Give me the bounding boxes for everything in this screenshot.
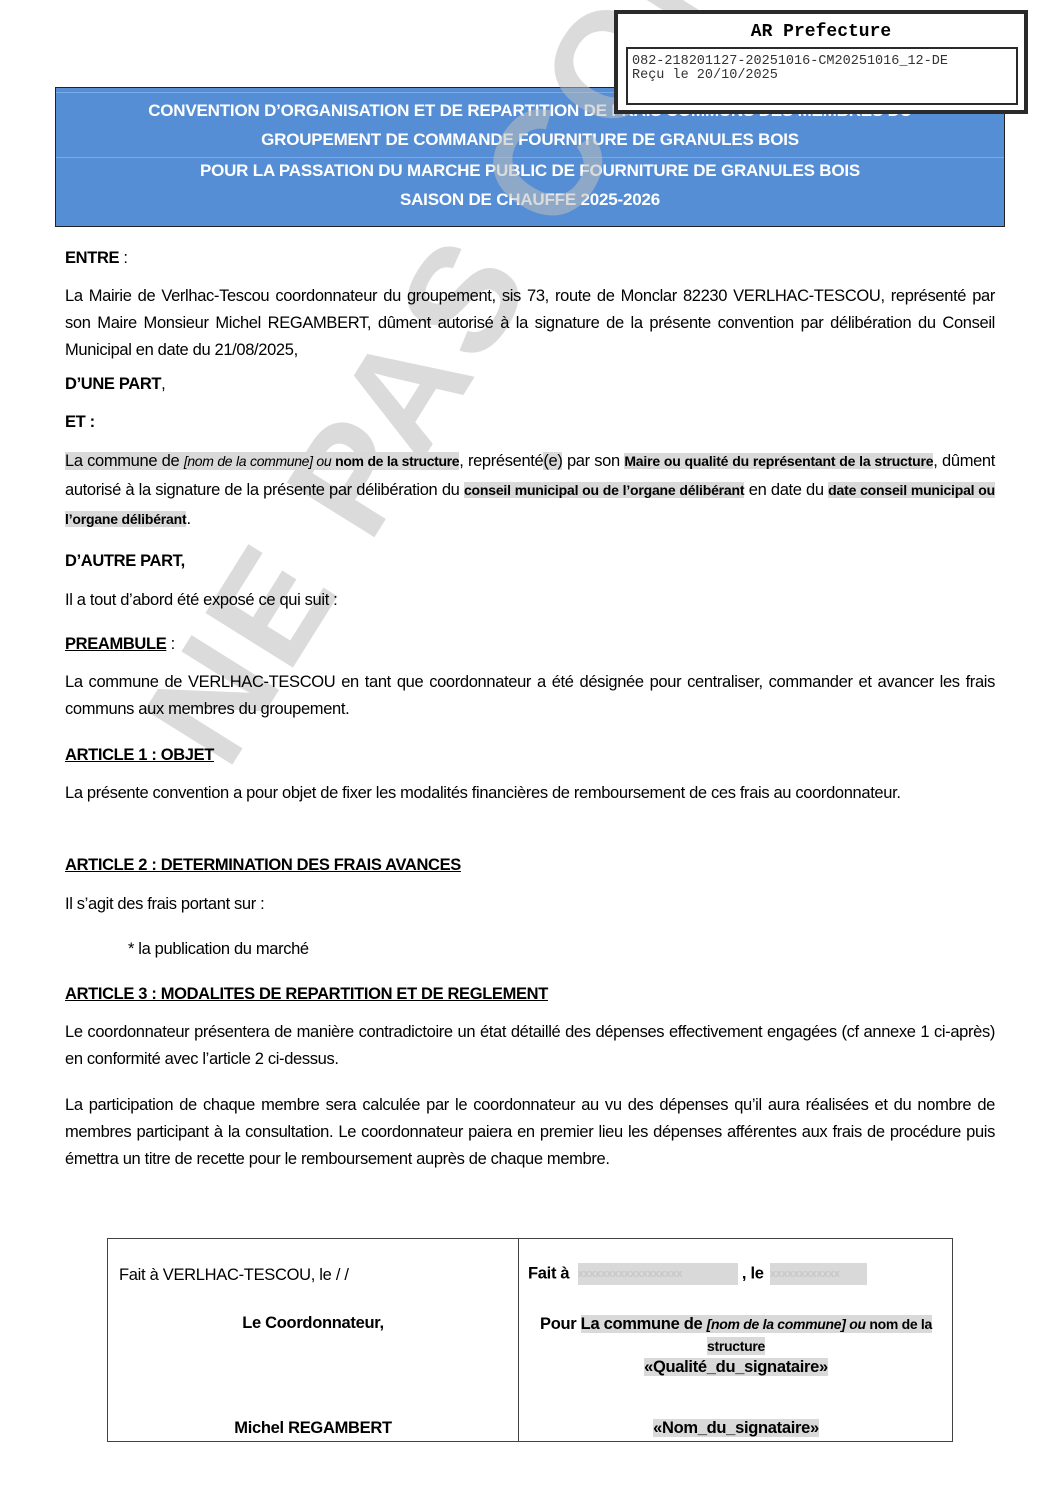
preambule-text: La commune de VERLHAC-TESCOU en tant que…	[65, 669, 995, 723]
signature-table: Fait à VERLHAC-TESCOU, le / / Le Coordon…	[107, 1238, 953, 1442]
coordinator-place-date: Fait à VERLHAC-TESCOU, le / /	[119, 1266, 349, 1285]
et-heading: ET :	[65, 409, 995, 436]
coordinator-name: Michel REGAMBERT	[108, 1419, 518, 1438]
title-line-4: SAISON DE CHAUFFE 2025-2026	[56, 190, 1004, 210]
dautre-part-heading: D’AUTRE PART,	[65, 548, 995, 575]
article-3-title: ARTICLE 3 : MODALITES DE REPARTITION ET …	[65, 981, 995, 1008]
dune-part-heading: D’UNE PART,	[65, 371, 995, 398]
article-1-text: La présente convention a pour objet de f…	[65, 780, 995, 807]
member-place-date: Fait à xxxxxxxxxxxxxxxxxx , le xxxxxxxxx…	[528, 1263, 867, 1285]
member-date-field[interactable]: xxxxxxxxxxxx	[770, 1263, 867, 1285]
title-line-3: POUR LA PASSATION DU MARCHE PUBLIC DE FO…	[56, 161, 1004, 181]
signatory-name-field[interactable]: «Nom_du_signataire»	[653, 1419, 819, 1437]
entre-label: ENTRE	[65, 249, 119, 267]
member-entity: Pour La commune de [nom de la commune] o…	[519, 1313, 953, 1357]
coordinator-role: Le Coordonnateur,	[108, 1314, 518, 1333]
member-name-row: «Nom_du_signataire»	[519, 1419, 953, 1438]
article-3-text-1: Le coordonnateur présentera de manière c…	[65, 1019, 995, 1073]
member-commune-field[interactable]: La commune de [nom de la commune] ou nom…	[581, 1315, 932, 1355]
member-quality-row: «Qualité_du_signataire»	[519, 1358, 953, 1377]
entre-heading: ENTRE :	[65, 245, 995, 272]
stamp-title: AR Prefecture	[618, 22, 1024, 42]
article-1-title: ARTICLE 1 : OBJET	[65, 742, 995, 769]
preambule-heading: PREAMBULE :	[65, 631, 995, 658]
stamp-received-date: Reçu le 20/10/2025	[632, 69, 1012, 83]
prefecture-stamp: AR Prefecture 082-218201127-20251016-CM2…	[614, 10, 1028, 114]
expose-text: Il a tout d’abord été exposé ce qui suit…	[65, 587, 995, 614]
field-representative-quality[interactable]: Maire ou qualité du représentant de la s…	[624, 453, 933, 469]
article-2-title: ARTICLE 2 : DETERMINATION DES FRAIS AVAN…	[65, 852, 995, 879]
stamp-details: 082-218201127-20251016-CM20251016_12-DE …	[626, 47, 1018, 105]
title-line-2: GROUPEMENT DE COMMANDE FOURNITURE DE GRA…	[56, 130, 1004, 150]
article-2-list-item: * la publication du marché	[128, 936, 988, 963]
party-one-paragraph: La Mairie de Verlhac-Tescou coordonnateu…	[65, 283, 995, 364]
article-2-text: Il s’agit des frais portant sur :	[65, 891, 995, 918]
member-place-field[interactable]: xxxxxxxxxxxxxxxxxx	[578, 1263, 738, 1285]
field-deliberating-body[interactable]: conseil municipal ou de l’organe délibér…	[464, 482, 744, 498]
signatory-quality-field[interactable]: «Qualité_du_signataire»	[644, 1358, 828, 1376]
article-3-text-2: La participation de chaque membre sera c…	[65, 1092, 995, 1173]
banner-divider	[56, 157, 1004, 158]
field-commune[interactable]: La commune de [nom de la commune] ou nom…	[65, 452, 459, 470]
stamp-reference: 082-218201127-20251016-CM20251016_12-DE	[632, 55, 1012, 69]
party-two-paragraph: La commune de [nom de la commune] ou nom…	[65, 447, 995, 534]
